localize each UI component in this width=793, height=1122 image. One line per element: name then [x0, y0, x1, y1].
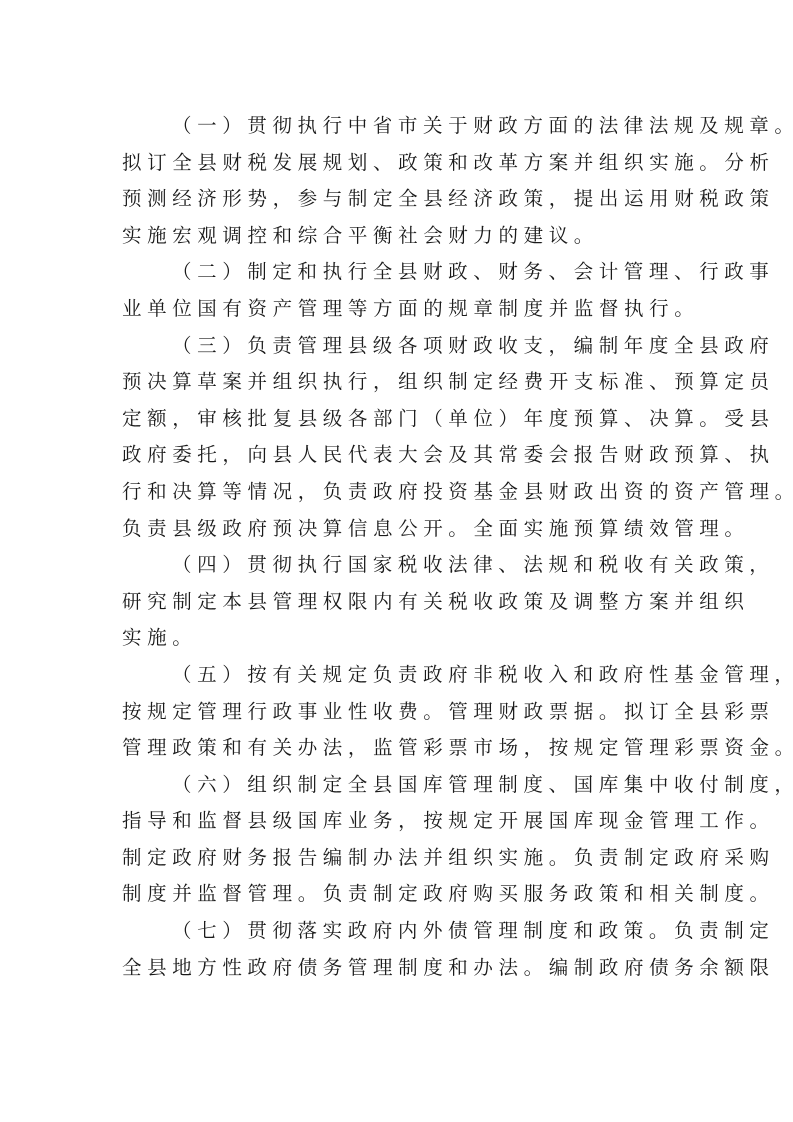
paragraph-line: （七）贯彻落实政府内外债管理制度和政策。负责制定: [122, 913, 682, 950]
paragraph-line: （六）组织制定全县国库管理制度、国库集中收付制度，: [122, 767, 682, 804]
paragraph-line: 实施宏观调控和综合平衡社会财力的建议。: [122, 218, 682, 255]
paragraph-line: 定额，审核批复县级各部门（单位）年度预算、决算。受县: [122, 401, 682, 438]
paragraph-line: 指导和监督县级国库业务，按规定开展国库现金管理工作。: [122, 803, 682, 840]
paragraph-line: （一）贯彻执行中省市关于财政方面的法律法规及规章。: [122, 108, 682, 145]
paragraph-line: （二）制定和执行全县财政、财务、会计管理、行政事: [122, 254, 682, 291]
paragraph-line: 全县地方性政府债务管理制度和办法。编制政府债务余额限: [122, 950, 682, 987]
paragraph-3: （三）负责管理县级各项财政收支，编制年度全县政府 预决算草案并组织执行，组织制定…: [122, 328, 682, 548]
paragraph-7: （七）贯彻落实政府内外债管理制度和政策。负责制定 全县地方性政府债务管理制度和办…: [122, 913, 682, 986]
paragraph-line: 制定政府财务报告编制办法并组织实施。负责制定政府采购: [122, 840, 682, 877]
paragraph-line: （三）负责管理县级各项财政收支，编制年度全县政府: [122, 328, 682, 365]
document-body: （一）贯彻执行中省市关于财政方面的法律法规及规章。 拟订全县财税发展规划、政策和…: [122, 108, 682, 986]
paragraph-line: 管理政策和有关办法，监管彩票市场，按规定管理彩票资金。: [122, 730, 682, 767]
paragraph-line: 预决算草案并组织执行，组织制定经费开支标准、预算定员: [122, 364, 682, 401]
paragraph-1: （一）贯彻执行中省市关于财政方面的法律法规及规章。 拟订全县财税发展规划、政策和…: [122, 108, 682, 254]
paragraph-line: 按规定管理行政事业性收费。管理财政票据。拟订全县彩票: [122, 694, 682, 731]
paragraph-line: 负责县级政府预决算信息公开。全面实施预算绩效管理。: [122, 511, 682, 548]
paragraph-line: （五）按有关规定负责政府非税收入和政府性基金管理，: [122, 657, 682, 694]
paragraph-line: 预测经济形势，参与制定全县经济政策，提出运用财税政策: [122, 181, 682, 218]
paragraph-line: 拟订全县财税发展规划、政策和改革方案并组织实施。分析: [122, 145, 682, 182]
paragraph-line: 实施。: [122, 620, 682, 657]
paragraph-4: （四）贯彻执行国家税收法律、法规和税收有关政策， 研究制定本县管理权限内有关税收…: [122, 547, 682, 657]
paragraph-2: （二）制定和执行全县财政、财务、会计管理、行政事 业单位国有资产管理等方面的规章…: [122, 254, 682, 327]
paragraph-line: 行和决算等情况，负责政府投资基金县财政出资的资产管理。: [122, 474, 682, 511]
paragraph-5: （五）按有关规定负责政府非税收入和政府性基金管理， 按规定管理行政事业性收费。管…: [122, 657, 682, 767]
paragraph-line: （四）贯彻执行国家税收法律、法规和税收有关政策，: [122, 547, 682, 584]
paragraph-line: 研究制定本县管理权限内有关税收政策及调整方案并组织: [122, 584, 682, 621]
paragraph-line: 政府委托，向县人民代表大会及其常委会报告财政预算、执: [122, 437, 682, 474]
document-page: （一）贯彻执行中省市关于财政方面的法律法规及规章。 拟订全县财税发展规划、政策和…: [0, 0, 793, 1122]
paragraph-6: （六）组织制定全县国库管理制度、国库集中收付制度， 指导和监督县级国库业务，按规…: [122, 767, 682, 913]
paragraph-line: 制度并监督管理。负责制定政府购买服务政策和相关制度。: [122, 876, 682, 913]
paragraph-line: 业单位国有资产管理等方面的规章制度并监督执行。: [122, 291, 682, 328]
